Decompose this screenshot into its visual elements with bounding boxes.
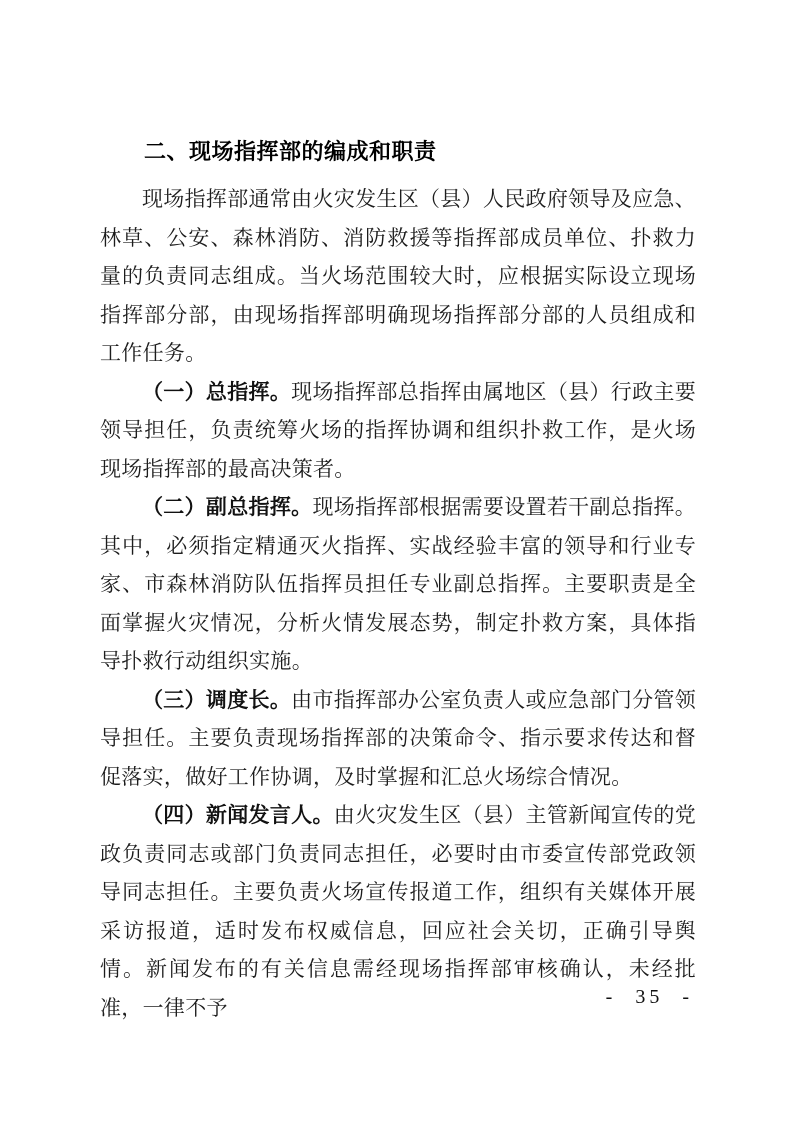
paragraph-lead: （一）总指挥。 xyxy=(142,380,291,404)
paragraph-dispatch-chief: （三）调度长。由市指挥部办公室负责人或应急部门分管领导担任。主要负责现场指挥部的… xyxy=(100,681,696,797)
document-page: 二、现场指挥部的编成和职责 现场指挥部通常由火灾发生区（县）人民政府领导及应急、… xyxy=(0,0,793,1122)
paragraph-chief-commander: （一）总指挥。现场指挥部总指挥由属地区（县）行政主要领导担任，负责统筹火场的指挥… xyxy=(100,373,696,489)
document-content: 二、现场指挥部的编成和职责 现场指挥部通常由火灾发生区（县）人民政府领导及应急、… xyxy=(100,139,696,1027)
section-heading: 二、现场指挥部的编成和职责 xyxy=(100,139,696,164)
paragraph-text: 现场指挥部根据需要设置若干副总指挥。其中，必须指定精通灭火指挥、实战经验丰富的领… xyxy=(100,495,696,673)
page-number: - 35 - xyxy=(606,986,693,1009)
paragraph-deputy-commander: （二）副总指挥。现场指挥部根据需要设置若干副总指挥。其中，必须指定精通灭火指挥、… xyxy=(100,488,696,681)
paragraph-lead: （四）新闻发言人。 xyxy=(142,803,334,827)
paragraph-text: 现场指挥部通常由火灾发生区（县）人民政府领导及应急、林草、公安、森林消防、消防救… xyxy=(100,187,696,365)
paragraph-lead: （三）调度长。 xyxy=(142,688,291,712)
paragraph-lead: （二）副总指挥。 xyxy=(142,495,312,519)
paragraph-intro: 现场指挥部通常由火灾发生区（县）人民政府领导及应急、林草、公安、森林消防、消防救… xyxy=(100,180,696,373)
